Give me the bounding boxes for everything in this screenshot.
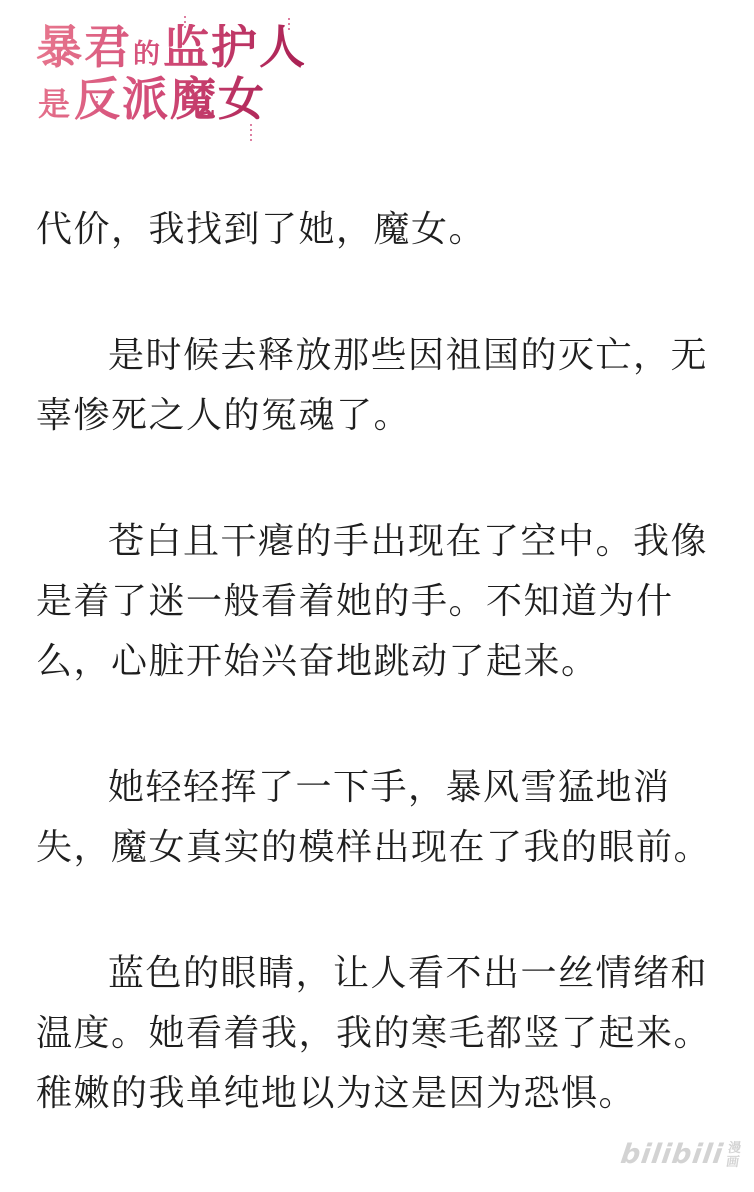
story-paragraph: 她轻轻挥了一下手，暴风雪猛地消失，魔女真实的模样出现在了我的眼前。	[36, 757, 724, 877]
manhua-suffix: 漫 画	[725, 1141, 742, 1169]
logo-text-part: 暴君	[36, 24, 132, 70]
logo-text-part: 魔女	[170, 76, 266, 122]
sparkle-decoration-icon	[250, 124, 252, 142]
series-logo-line-1: 暴君 的 监护人	[36, 24, 307, 70]
sparkle-decoration-icon	[184, 16, 186, 30]
story-paragraph: 蓝色的眼睛，让人看不出一丝情绪和温度。她看着我，我的寒毛都竖了起来。稚嫩的我单纯…	[36, 943, 724, 1123]
series-logo-line-2: 是 反派 魔女	[36, 76, 307, 122]
bilibili-watermark: bilibili 漫 画	[619, 1139, 743, 1170]
logo-text-part: 反派	[74, 76, 170, 122]
manhua-suffix-char: 漫	[727, 1141, 742, 1155]
story-paragraph: 代价，我找到了她，魔女。	[36, 199, 724, 259]
logo-text-part: 的	[132, 41, 163, 68]
logo-text-part: 是	[38, 88, 74, 120]
series-logo: 暴君 的 监护人 是 反派 魔女	[36, 24, 307, 122]
chapter-text: 代价，我找到了她，魔女。 是时候去释放那些因祖国的灭亡，无辜惨死之人的冤魂了。 …	[0, 199, 754, 1123]
bilibili-logo-text: bilibili	[619, 1139, 726, 1170]
manhua-suffix-char: 画	[725, 1155, 740, 1169]
logo-text-part: 监护人	[163, 24, 307, 70]
story-paragraph: 苍白且干瘪的手出现在了空中。我像是着了迷一般看着她的手。不知道为什么，心脏开始兴…	[36, 511, 724, 691]
sparkle-decoration-icon	[288, 18, 290, 30]
sparkle-decoration-icon	[96, 96, 98, 112]
story-paragraph: 是时候去释放那些因祖国的灭亡，无辜惨死之人的冤魂了。	[36, 325, 724, 445]
